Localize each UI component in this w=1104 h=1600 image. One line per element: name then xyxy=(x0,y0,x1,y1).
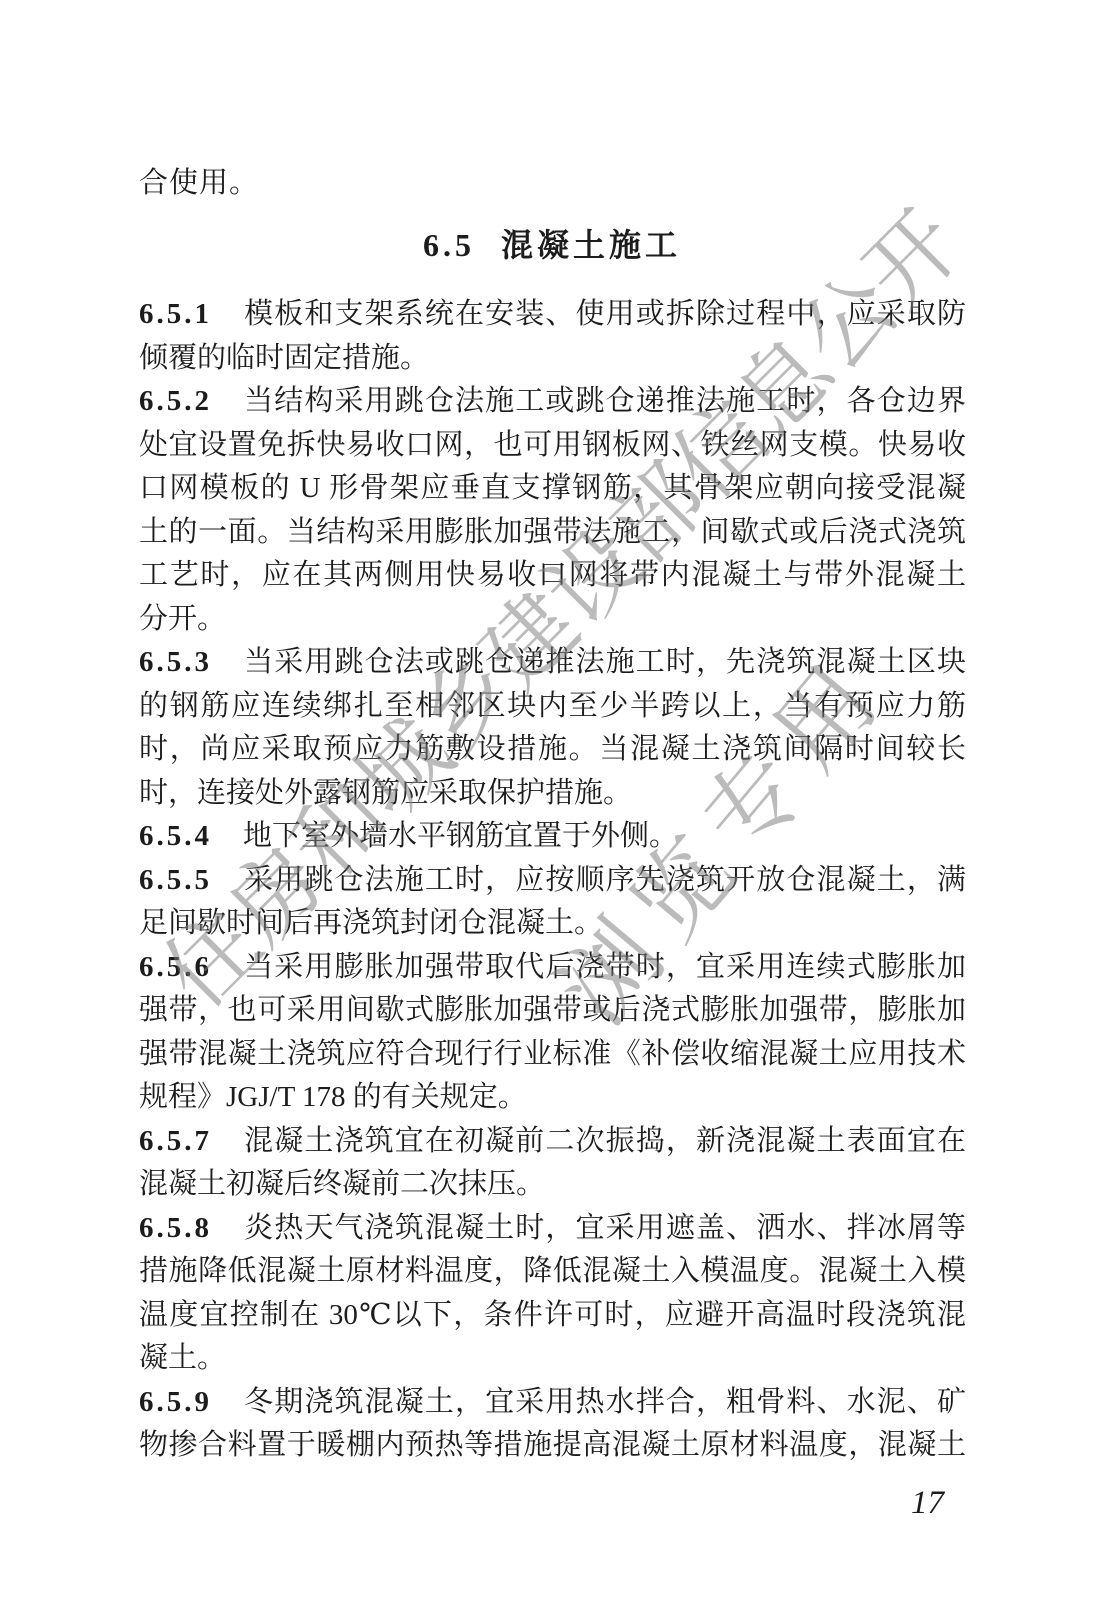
text-line: 6.5.2当结构采用跳仓法施工或跳仓递推法施工时，各仓边界 xyxy=(139,380,966,424)
text-line: 6.5.8炎热天气浇筑混凝土时，宜采用遮盖、洒水、拌冰屑等 xyxy=(139,1207,966,1251)
clause-text: 炎热天气浇筑混凝土时，宜采用遮盖、洒水、拌冰屑等 xyxy=(243,1212,966,1244)
text-line: 口网模板的 U 形骨架应垂直支撑钢筋，其骨架应朝向接受混凝 xyxy=(139,467,966,511)
clause-number: 6.5.1 xyxy=(139,293,243,337)
clause-number: 6.5.7 xyxy=(139,1120,243,1164)
page-number: 17 xyxy=(0,1483,944,1523)
text-line: 的钢筋应连续绑扎至相邻区块内至少半跨以上，当有预应力筋 xyxy=(139,685,966,729)
text-line: 6.5.3当采用跳仓法或跳仓递推法施工时，先浇筑混凝土区块 xyxy=(139,641,966,685)
text-line: 6.5.9冬期浇筑混凝土，宜采用热水拌合，粗骨料、水泥、矿 xyxy=(139,1381,966,1425)
clause-number: 6.5.2 xyxy=(139,380,243,424)
opening-line: 合使用。 xyxy=(139,165,259,201)
text-line: 混凝土初凝后终凝前二次抹压。 xyxy=(139,1163,966,1207)
text-line: 规程》JGJ/T 178 的有关规定。 xyxy=(139,1076,966,1120)
clause-text: 地下室外墙水平钢筋宜置于外侧。 xyxy=(243,820,678,852)
text-line: 土的一面。当结构采用膨胀加强带法施工，间歇式或后浇式浇筑 xyxy=(139,511,966,555)
text-line: 温度宜控制在 30℃以下，条件许可时，应避开高温时段浇筑混 xyxy=(139,1294,966,1338)
text-line: 凝土。 xyxy=(139,1337,966,1381)
clause-text: 混凝土浇筑宜在初凝前二次振捣，新浇混凝土表面宜在 xyxy=(243,1125,966,1157)
clause-text: 模板和支架系统在安装、使用或拆除过程中，应采取防 xyxy=(243,298,966,330)
clause-number: 6.5.4 xyxy=(139,815,243,859)
text-line: 足间歇时间后再浇筑封闭仓混凝土。 xyxy=(139,902,966,946)
clause-text: 当结构采用跳仓法施工或跳仓递推法施工时，各仓边界 xyxy=(243,385,966,417)
clause-text: 采用跳仓法施工时，应按顺序先浇筑开放仓混凝土，满 xyxy=(243,864,966,896)
text-line: 6.5.5采用跳仓法施工时，应按顺序先浇筑开放仓混凝土，满 xyxy=(139,859,966,903)
text-line: 强带，也可采用间歇式膨胀加强带或后浇式膨胀加强带，膨胀加 xyxy=(139,989,966,1033)
text-line: 强带混凝土浇筑应符合现行行业标准《补偿收缩混凝土应用技术 xyxy=(139,1033,966,1077)
text-line: 时，连接处外露钢筋应采取保护措施。 xyxy=(139,772,966,816)
clause-text: 当采用膨胀加强带取代后浇带时，宜采用连续式膨胀加 xyxy=(243,951,966,983)
text-line: 6.5.1模板和支架系统在安装、使用或拆除过程中，应采取防 xyxy=(139,293,966,337)
text-line: 6.5.7混凝土浇筑宜在初凝前二次振捣，新浇混凝土表面宜在 xyxy=(139,1120,966,1164)
clause-number: 6.5.9 xyxy=(139,1381,243,1425)
body-text-block: 6.5.1模板和支架系统在安装、使用或拆除过程中，应采取防倾覆的临时固定措施。6… xyxy=(139,293,966,1468)
clause-text: 冬期浇筑混凝土，宜采用热水拌合，粗骨料、水泥、矿 xyxy=(243,1386,966,1418)
text-line: 倾覆的临时固定措施。 xyxy=(139,337,966,381)
clause-number: 6.5.5 xyxy=(139,859,243,903)
text-line: 时，尚应采取预应力筋敷设措施。当混凝土浇筑间隔时间较长 xyxy=(139,728,966,772)
section-heading-title: 混凝土施工 xyxy=(501,227,681,263)
section-heading-number: 6.5 xyxy=(423,227,475,263)
document-page: 合使用。 6.5混凝土施工 6.5.1模板和支架系统在安装、使用或拆除过程中，应… xyxy=(0,0,1104,1600)
text-line: 6.5.6当采用膨胀加强带取代后浇带时，宜采用连续式膨胀加 xyxy=(139,946,966,990)
text-line: 工艺时，应在其两侧用快易收口网将带内混凝土与带外混凝土 xyxy=(139,554,966,598)
clause-number: 6.5.3 xyxy=(139,641,243,685)
text-line: 处宜设置免拆快易收口网，也可用钢板网、铁丝网支模。快易收 xyxy=(139,424,966,468)
section-heading: 6.5混凝土施工 xyxy=(0,226,1104,264)
clause-number: 6.5.6 xyxy=(139,946,243,990)
text-line: 物掺合料置于暖棚内预热等措施提高混凝土原材料温度，混凝土 xyxy=(139,1424,966,1468)
clause-text: 当采用跳仓法或跳仓递推法施工时，先浇筑混凝土区块 xyxy=(243,646,966,678)
text-line: 分开。 xyxy=(139,598,966,642)
clause-number: 6.5.8 xyxy=(139,1207,243,1251)
text-line: 6.5.4地下室外墙水平钢筋宜置于外侧。 xyxy=(139,815,966,859)
text-line: 措施降低混凝土原材料温度，降低混凝土入模温度。混凝土入模 xyxy=(139,1250,966,1294)
